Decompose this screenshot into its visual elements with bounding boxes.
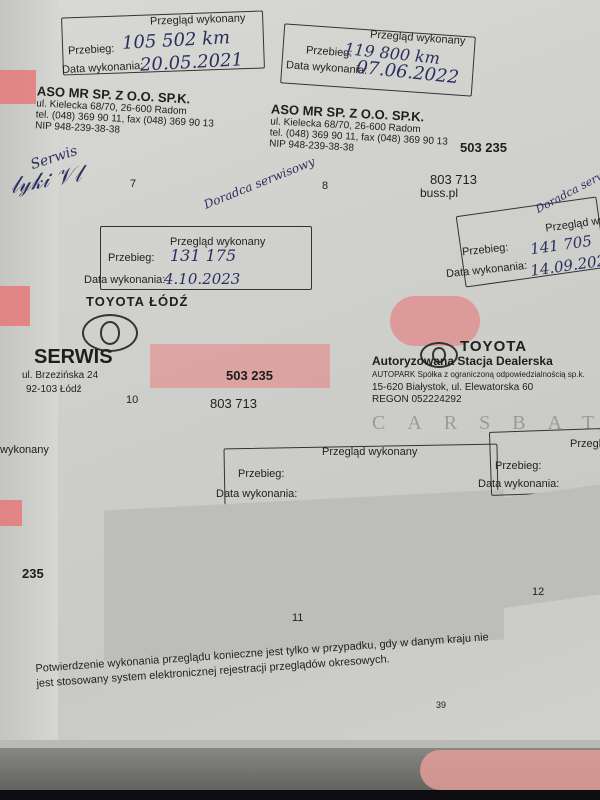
signature-8: Doradca serwisowy [202,154,317,211]
card-9-number: 10 [126,394,138,406]
stamp-fragment-number-2: 803 713 [210,396,257,411]
stamp-8: ASO MR SP. Z O.O. SP.K. ul. Kielecka 68/… [269,101,450,158]
pink-stamp-left-1 [0,70,36,104]
page-edge [0,740,600,748]
stamp-9-city: 92-103 Łódź [26,384,82,395]
stamp-fragment-phone: 503 235 [460,140,507,155]
card-left-partial-title: wykonany [0,444,49,456]
card-11-date-label: Data wykonania: [216,488,297,500]
stamp-9-name: TOYOTA ŁÓDŹ [86,294,188,309]
card-11-mileage-label: Przebieg: [238,468,284,480]
stamp-9-address: ul. Brzezińska 24 [22,370,98,381]
finger [420,750,600,790]
card-12-date-label: Data wykonania: [478,478,559,490]
shadow-strip [0,790,600,800]
pink-stamp-left-2 [0,286,30,326]
card-9-mileage-label: Przebieg: [108,252,154,264]
stamp-10-regon: REGON 052224292 [372,394,462,405]
stamp-fragment-web: buss.pl [420,186,458,200]
stamp-fragment-phone-2: 503 235 [226,368,273,383]
card-9-date-label: Data wykonania: [84,274,165,286]
stamp-fragment-left: 235 [22,566,44,581]
desk-edge [0,740,600,800]
card-7-date-value: 20.05.2021 [140,49,244,75]
service-book-page: Przegląd wykonany Przebieg: 105 502 km D… [0,0,600,800]
card-9-date-value: 4.10.2023 [164,270,240,288]
card-12-mileage-label: Przebieg: [495,460,541,472]
card-7-number: 7 [130,178,136,190]
page-number-right: 12 [532,586,544,598]
card-8-number: 8 [322,180,328,192]
pink-stamp-left-3 [0,500,22,526]
stamp-fragment-number: 803 713 [430,172,477,187]
stamp-10-brand: TOYOTA [460,338,527,355]
page-number-left: 11 [292,612,303,624]
stamp-10-company: AUTOPARK Spółka z ograniczoną odpowiedzi… [372,370,585,379]
card-9-mileage-value: 131 175 [170,246,236,265]
page-number-bottom: 39 [436,700,446,710]
card-11-title: Przegląd wykonany [322,446,417,458]
stamp-9-brand-line: SERWIS [34,346,113,369]
stamp-7: ASO MR SP. Z O.O. SP.K. ul. Kielecka 68/… [35,83,216,140]
stamp-10-name: Autoryzowana Stacja Dealerska [372,354,553,368]
stamp-10-address: 15-620 Białystok, ul. Elewatorska 60 [372,382,533,393]
card-7-mileage-label: Przebieg: [68,43,115,57]
stamp-9: TOYOTA ŁÓDŹ [86,294,188,309]
card-12-title: Przegląd wykonany [570,438,600,450]
